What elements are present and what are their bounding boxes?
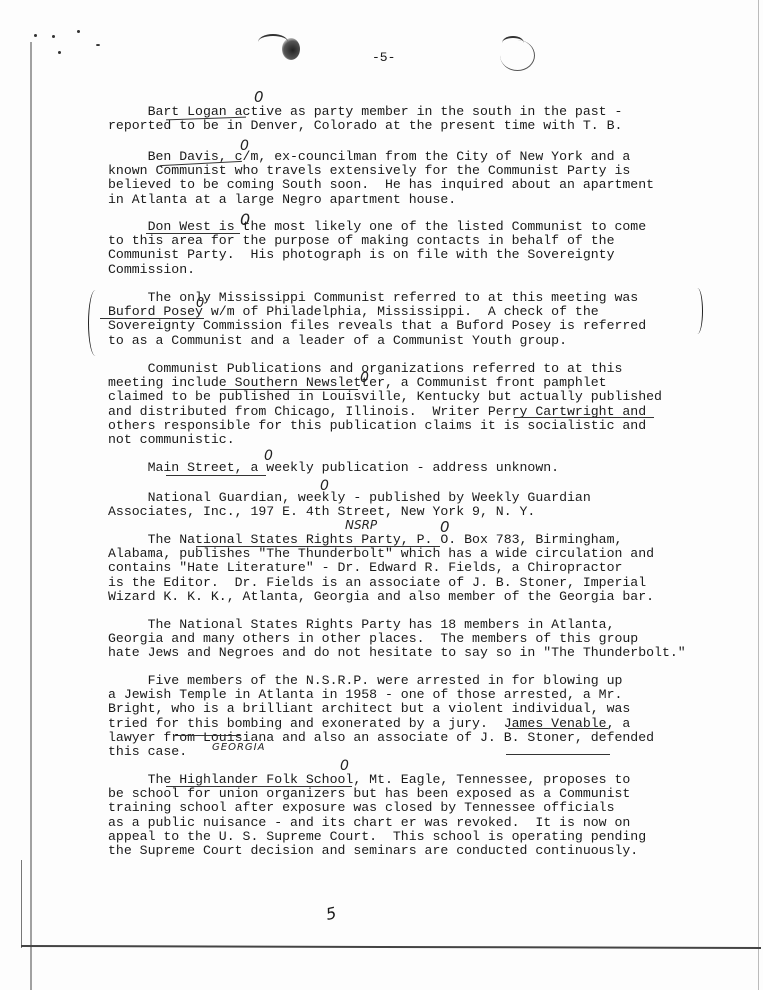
handwritten-annotation: 0 <box>196 296 204 311</box>
scan-speck <box>96 44 100 46</box>
text-line: claimed to be published in Louisville, K… <box>108 390 708 404</box>
paragraph-ben-davis: Ben Davis, c/m, ex-councilman from the C… <box>108 150 708 207</box>
arc-mark <box>500 40 535 71</box>
right-page-edge <box>758 0 759 990</box>
page-number: -5- <box>372 50 395 65</box>
strikethrough-louisiana <box>175 735 241 736</box>
name-underline <box>166 786 352 787</box>
text-line: Wizard K. K. K., Atlanta, Georgia and al… <box>108 590 708 604</box>
scan-speck <box>58 51 61 54</box>
text-line: Georgia and many others in other places.… <box>108 632 708 646</box>
name-underline <box>220 389 358 390</box>
text-line: Commission. <box>108 263 708 277</box>
text-line: tried for this bombing and exonerated by… <box>108 717 708 731</box>
text-line: lawyer from Louisiana and also an associ… <box>108 731 708 745</box>
text-line: Main Street, a weekly publication - addr… <box>108 461 708 475</box>
text-line: National Guardian, weekly - published by… <box>108 491 708 505</box>
text-line: Five members of the N.S.R.P. were arrest… <box>108 674 708 688</box>
left-margin-line <box>30 42 32 990</box>
text-line: Bright, who is a brilliant architect but… <box>108 702 708 716</box>
name-underline <box>506 754 610 755</box>
bottom-left-edge <box>21 860 22 948</box>
name-underline <box>166 475 266 476</box>
text-line: to this area for the purpose of making c… <box>108 234 708 248</box>
text-line: in Atlanta at a large Negro apartment ho… <box>108 193 708 207</box>
handwritten-annotation: 0 <box>440 518 450 536</box>
handwritten-annotation: 0 <box>240 138 249 154</box>
handwritten-annotation: 0 <box>360 370 369 386</box>
handwritten-nsrp-label: NSRP <box>345 518 377 532</box>
paragraph-publications: Communist Publications and organizations… <box>108 362 708 447</box>
name-underline <box>100 318 204 319</box>
text-line: appeal to the U. S. Supreme Court. This … <box>108 830 708 844</box>
text-line: others responsible for this publication … <box>108 419 708 433</box>
paragraph-national-guardian: National Guardian, weekly - published by… <box>108 491 708 519</box>
text-line: Ben Davis, c/m, ex-councilman from the C… <box>108 150 708 164</box>
handwritten-annotation: 0 <box>320 478 329 494</box>
handwritten-annotation: 0 <box>264 448 273 464</box>
scan-speck <box>77 30 80 33</box>
name-underline <box>508 728 608 729</box>
document-page: -5- Bart Logan active as party member in… <box>0 0 763 990</box>
name-underline <box>146 233 240 234</box>
text-line: training school after exposure was close… <box>108 801 708 815</box>
paragraph-temple-bombing: Five members of the N.S.R.P. were arrest… <box>108 674 708 759</box>
text-line: believed to be coming South soon. He has… <box>108 178 708 192</box>
text-line: be school for union organizers but has b… <box>108 787 708 801</box>
text-line: not communistic. <box>108 433 708 447</box>
text-line: the Supreme Court decision and seminars … <box>108 844 708 858</box>
handwritten-annotation: 0 <box>254 88 264 106</box>
text-line: known Communist who travels extensively … <box>108 164 708 178</box>
text-line: as a public nuisance - and its chart er … <box>108 816 708 830</box>
name-underline <box>514 417 654 418</box>
text-line: Bart Logan active as party member in the… <box>108 105 708 119</box>
scan-speck <box>52 35 55 38</box>
text-line: meeting include Southern Newsletter, a C… <box>108 376 708 390</box>
page-bottom-edge <box>21 945 761 949</box>
handwritten-annotation: 0 <box>240 210 250 229</box>
scan-speck <box>34 34 37 37</box>
text-line: a Jewish Temple in Atlanta in 1958 - one… <box>108 688 708 702</box>
handwritten-correction: GEORGIA <box>212 742 265 753</box>
paragraph-main-street: Main Street, a weekly publication - addr… <box>108 461 708 475</box>
text-line: Communist Party. His photograph is on fi… <box>108 248 708 262</box>
text-line: to as a Communist and a leader of a Comm… <box>108 334 708 348</box>
text-line: Communist Publications and organizations… <box>108 362 708 376</box>
text-line: reported to be in Denver, Colorado at th… <box>108 119 708 133</box>
text-line: Alabama, publishes "The Thunderbolt" whi… <box>108 547 708 561</box>
text-line: Associates, Inc., 197 E. 4th Street, New… <box>108 505 708 519</box>
text-line: this case. <box>108 745 708 759</box>
handwritten-annotation: 0 <box>340 758 349 774</box>
margin-bracket-left <box>88 290 103 356</box>
arc-mark <box>258 34 288 50</box>
text-line: hate Jews and Negroes and do not hesitat… <box>108 646 708 660</box>
text-line: Sovereignty Commission files reveals tha… <box>108 319 708 333</box>
paragraph-nsrp: The National States Rights Party, P. O. … <box>108 533 708 604</box>
paragraph-don-west: Don West is the most likely one of the l… <box>108 220 708 277</box>
name-underline <box>196 546 440 547</box>
text-line: is the Editor. Dr. Fields is an associat… <box>108 576 708 590</box>
handwritten-page-mark: 5 <box>324 903 338 924</box>
paragraph-nsrp-members: The National States Rights Party has 18 … <box>108 618 708 661</box>
text-line: The National States Rights Party has 18 … <box>108 618 708 632</box>
text-line: contains "Hate Literature" - Dr. Edward … <box>108 561 708 575</box>
